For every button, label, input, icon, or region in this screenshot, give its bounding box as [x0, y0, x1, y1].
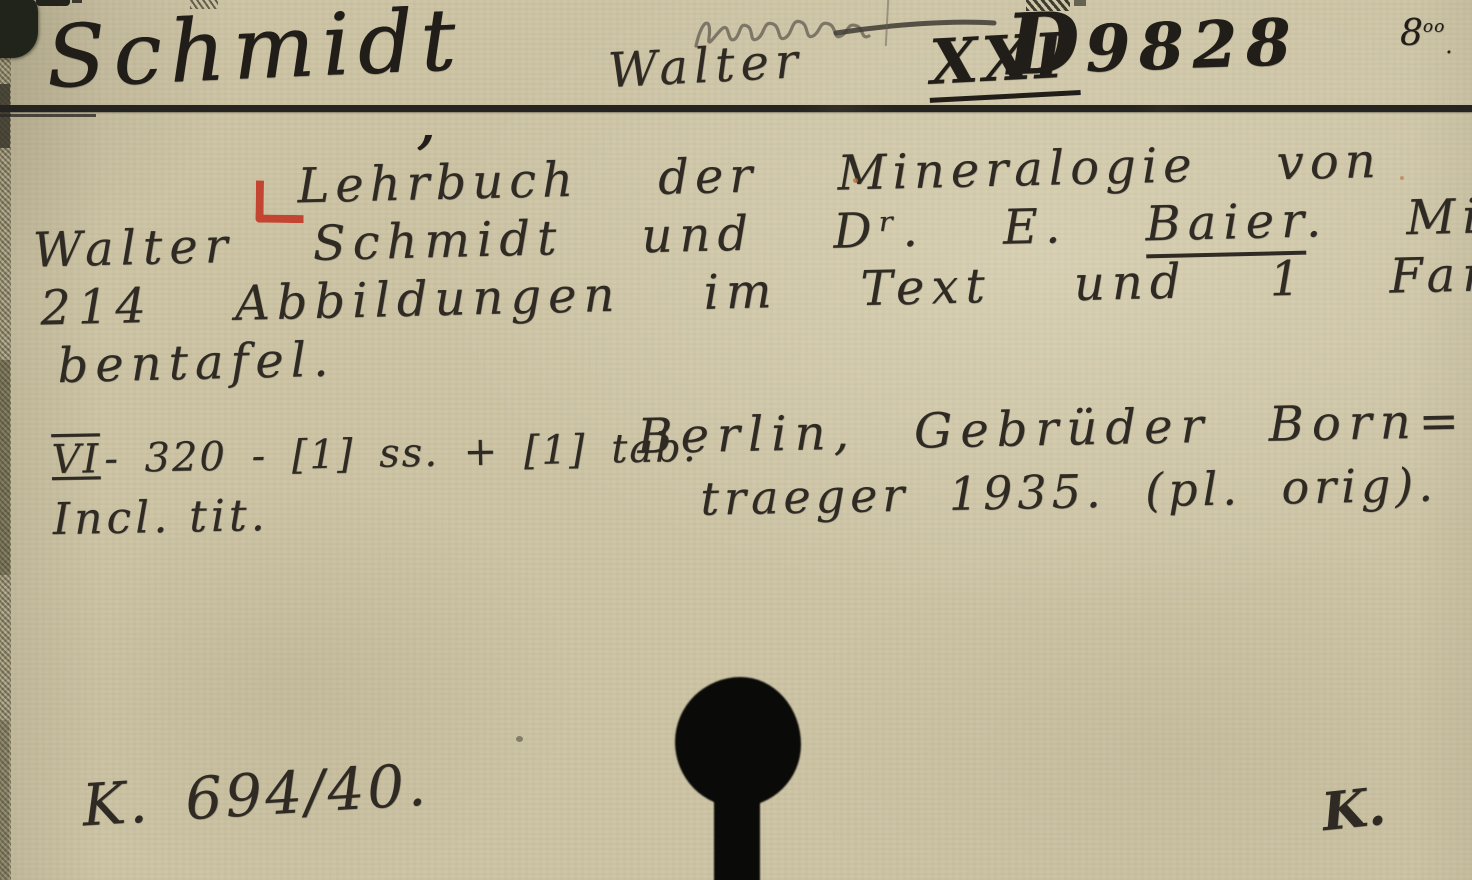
- punch-slot: [714, 790, 760, 880]
- collation-note-incl-tit: Incl. tit.: [52, 494, 269, 542]
- paper-speck: [516, 736, 523, 742]
- catalog-card: Schmidt , Walter XXI D9828 8oo. Lehrbuch…: [0, 0, 1472, 880]
- collation-roman-pages: VI: [51, 436, 101, 483]
- collation-line: VI- 320 - [1] ss. + [1] tab.: [51, 428, 698, 480]
- imprint-line-2: traeger 1935. (pl. orig).: [700, 462, 1438, 522]
- punch-hole: [675, 677, 801, 807]
- paper-speck: [1400, 176, 1404, 180]
- cataloguer-monogram: K.: [1319, 781, 1387, 839]
- paper-speck: [853, 178, 858, 183]
- imprint-line-1: Berlin, Gebrüder Born=: [637, 397, 1467, 461]
- collation-rest: - 320 - [1] ss. + [1] tab.: [104, 425, 698, 482]
